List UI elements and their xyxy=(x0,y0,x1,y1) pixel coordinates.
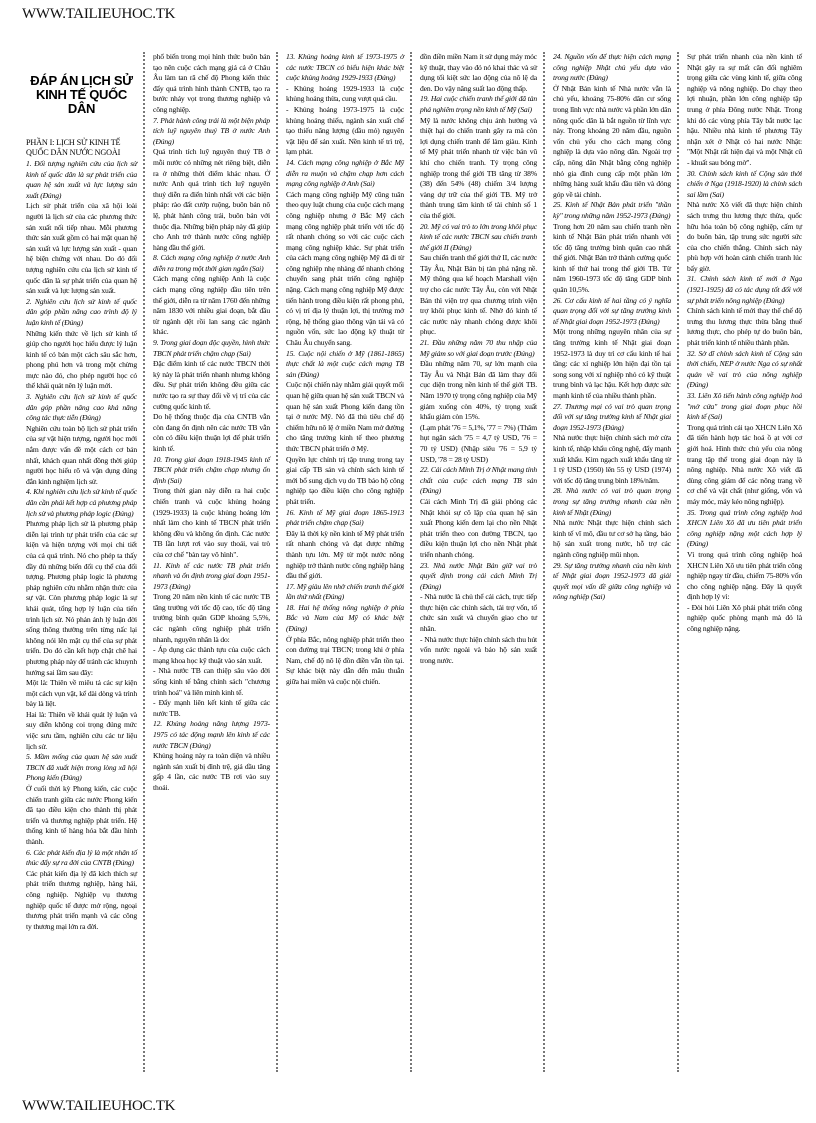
answer-paragraph: Sau chiến tranh thế giới thứ II, các nướ… xyxy=(420,253,537,338)
answer-paragraph: Nghiên cứu toàn bộ lịch sử phát triển củ… xyxy=(26,424,137,488)
question-heading: 32. Sở dĩ chính sách kinh tế Cộng sản th… xyxy=(687,349,802,391)
answer-paragraph: Ở Nhật Bản kinh tế Nhà nước vẫn là chủ y… xyxy=(553,84,671,201)
document-title: ĐÁP ÁN LỊCH SỬ KINH TẾ QUỐC DÂN xyxy=(26,74,137,116)
question-heading: 33. Liên Xô tiến hành công nghiệp hoá "m… xyxy=(687,391,802,423)
answer-paragraph: Mỹ là nước không chịu ảnh hưởng và thiệt… xyxy=(420,116,537,222)
answer-paragraph: Ở phía Bắc, nông nghiệp phát triển theo … xyxy=(286,635,404,688)
part-heading: PHẦN I: LỊCH SỬ KINH TẾ QUỐC DÂN NƯỚC NG… xyxy=(26,138,137,158)
question-heading: 11. Kinh tế các nước TB phát triển nhanh… xyxy=(153,561,270,593)
answer-paragraph: Cách mạng công nghiệp Mỹ cũng tuân theo … xyxy=(286,190,404,349)
question-heading: 1. Đối tượng nghiên cứu của lịch sử kinh… xyxy=(26,159,137,201)
answer-paragraph: Khủng hoảng này ra toàn diện và nhiều ng… xyxy=(153,751,270,793)
question-heading: 4. Khi nghiên cứu lịch sử kinh tế quốc d… xyxy=(26,487,137,519)
answer-paragraph: Quá trình tích luỹ nguyên thuỷ TB ở mỗi … xyxy=(153,147,270,253)
answer-paragraph: - Đẩy mạnh liên kết kinh tế giữa các nướ… xyxy=(153,698,270,719)
answer-paragraph: Các phát kiến địa lý đã kích thích sự ph… xyxy=(26,869,137,933)
column-6: Sự phát triển nhanh của nền kinh tế Nhật… xyxy=(677,52,808,1072)
answer-paragraph: Đầu những năm 70, sự lớn mạnh của Tây Âu… xyxy=(420,359,537,423)
column-body: 1. Đối tượng nghiên cứu của lịch sử kinh… xyxy=(26,159,137,932)
answer-paragraph: Nhà nước Nhật thực hiện chính sách kinh … xyxy=(553,518,671,560)
answer-paragraph: Một là: Thiên về miêu tả các sự kiện một… xyxy=(26,678,137,710)
answer-paragraph: - Nhà nước là chủ thể cải cách, trực tiế… xyxy=(420,592,537,634)
question-heading: 17. Mỹ giàu lên nhờ chiến tranh thế giới… xyxy=(286,582,404,603)
question-heading: 15. Cuộc nội chiến ở Mỹ (1861-1865) thực… xyxy=(286,349,404,381)
answer-paragraph: (Lạm phát '76 = 5,1%, '77 = 7%) (Thâm hụ… xyxy=(420,423,537,465)
answer-paragraph: - Áp dụng các thành tựu của cuộc cách mạ… xyxy=(153,645,270,666)
answer-paragraph: - Khủng hoảng 1973-1975 là cuộc khủng ho… xyxy=(286,105,404,158)
answer-paragraph: Trong 20 năm nền kinh tế các nước TB tăn… xyxy=(153,592,270,645)
column-body: đồn điền miền Nam ít sử dụng máy móc kỹ … xyxy=(420,52,537,666)
answer-paragraph: - Nhà nước TB can thiệp sâu vào đời sống… xyxy=(153,666,270,698)
site-header-url: WWW.TAILIEUHOC.TK xyxy=(22,6,175,23)
question-heading: 27. Thương mại có vai trò quan trọng đối… xyxy=(553,402,671,434)
answer-paragraph: Cuộc nội chiến này nhằm giải quyết mối q… xyxy=(286,380,404,454)
answer-paragraph: - Khủng hoảng 1929-1933 là cuộc khủng ho… xyxy=(286,84,404,105)
question-heading: 22. Cải cách Minh Trị ở Nhật mang tính c… xyxy=(420,465,537,497)
question-heading: 13. Khủng hoảng kinh tế 1973-1975 ở các … xyxy=(286,52,404,84)
question-heading: 18. Hai hệ thống nông nghiệp ở phía Bắc … xyxy=(286,603,404,635)
question-heading: 12. Khủng hoảng năng lượng 1973-1975 có … xyxy=(153,719,270,751)
answer-paragraph: đồn điền miền Nam ít sử dụng máy móc kỹ … xyxy=(420,52,537,94)
answer-paragraph: Do hệ thống thuộc địa của CNTB vẫn còn đ… xyxy=(153,412,270,454)
answer-paragraph: Những kiến thức về lịch sử kinh tế giúp … xyxy=(26,329,137,393)
question-heading: 35. Trong quá trình công nghiệp hoá XHCN… xyxy=(687,508,802,550)
question-heading: 9. Trong giai đoạn độc quyền, hình thức … xyxy=(153,338,270,359)
question-heading: 28. Nhà nước có vai trò quan trọng trong… xyxy=(553,486,671,518)
column-5: 24. Nguồn vốn để thực hiện cách mạng côn… xyxy=(543,52,677,1072)
question-heading: 29. Sự tăng trưởng nhanh của nền kinh tế… xyxy=(553,561,671,603)
question-heading: 21. Đầu những năm 70 thu nhập của Mỹ giả… xyxy=(420,338,537,359)
answer-paragraph: Quyền lực chính trị tập trung trong tay … xyxy=(286,455,404,508)
answer-paragraph: Trong thời gian này diễn ra hai cuộc chi… xyxy=(153,486,270,560)
question-heading: 24. Nguồn vốn để thực hiện cách mạng côn… xyxy=(553,52,671,84)
answer-paragraph: Chính sách kinh tế mới thay thế chế độ t… xyxy=(687,306,802,348)
question-heading: 26. Cơ cấu kinh tế hai tầng có ý nghĩa q… xyxy=(553,296,671,328)
site-footer-url: WWW.TAILIEUHOC.TK xyxy=(22,1098,175,1115)
answer-paragraph: Sự phát triển nhanh của nền kinh tế Nhật… xyxy=(687,52,802,169)
answer-paragraph: Trong hơn 20 năm sau chiến tranh nền kin… xyxy=(553,222,671,296)
question-heading: 19. Hai cuộc chiến tranh thế giới đã tàn… xyxy=(420,94,537,115)
question-heading: 20. Mỹ có vai trò to lớn trong khôi phục… xyxy=(420,222,537,254)
column-1: ĐÁP ÁN LỊCH SỬ KINH TẾ QUỐC DÂN PHẦN I: … xyxy=(18,52,143,1072)
answer-paragraph: Đây là thời kỳ nền kinh tế Mỹ phát triển… xyxy=(286,529,404,582)
question-heading: 2. Nghiên cứu lịch sử kinh tế quốc dân g… xyxy=(26,297,137,329)
question-heading: 6. Các phát kiến địa lý là một nhân tố t… xyxy=(26,848,137,869)
column-body: 13. Khủng hoảng kinh tế 1973-1975 ở các … xyxy=(286,52,404,688)
document-columns: ĐÁP ÁN LỊCH SỬ KINH TẾ QUỐC DÂN PHẦN I: … xyxy=(18,52,808,1072)
answer-paragraph: Nhà nước thực hiện chính sách mở cửa kin… xyxy=(553,433,671,486)
question-heading: 3. Nghiên cứu lịch sử kinh tế quốc dân g… xyxy=(26,392,137,424)
column-2: phổ biến trong mọi hình thức buôn bán tạ… xyxy=(143,52,276,1072)
column-3: 13. Khủng hoảng kinh tế 1973-1975 ở các … xyxy=(276,52,410,1072)
answer-paragraph: Nhà nước Xô viết đã thực hiện chính sách… xyxy=(687,200,802,274)
answer-paragraph: phổ biến trong mọi hình thức buôn bán tạ… xyxy=(153,52,270,116)
question-heading: 8. Cách mạng công nghiệp ở nước Anh diễn… xyxy=(153,253,270,274)
question-heading: 16. Kinh tế Mỹ giai đoạn 1865-1913 phát … xyxy=(286,508,404,529)
answer-paragraph: Phương pháp lịch sử là phương pháp diễn … xyxy=(26,519,137,678)
answer-paragraph: - Nhà nước thực hiện chính sách thu hút … xyxy=(420,635,537,667)
column-4: đồn điền miền Nam ít sử dụng máy móc kỹ … xyxy=(410,52,543,1072)
answer-paragraph: Cải cách Minh Trị đã giải phóng các Nhật… xyxy=(420,497,537,561)
column-body: phổ biến trong mọi hình thức buôn bán tạ… xyxy=(153,52,270,794)
question-heading: 30. Chính sách kinh tế Cộng sản thời chi… xyxy=(687,169,802,201)
answer-paragraph: Cách mạng công nghiệp Anh là cuộc cách m… xyxy=(153,274,270,338)
question-heading: 14. Cách mạng công nghiệp ở Bắc Mỹ diễn … xyxy=(286,158,404,190)
question-heading: 10. Trong giai đoạn 1918-1945 kinh tế TB… xyxy=(153,455,270,487)
answer-paragraph: Đặc điểm kinh tế các nước TBCN thời kỳ n… xyxy=(153,359,270,412)
question-heading: 7. Phát hành công trái là một biện pháp … xyxy=(153,116,270,148)
question-heading: 5. Mầm mống của quan hệ sản xuất TBCN đã… xyxy=(26,752,137,784)
question-heading: 25. Kinh tế Nhật Bản phát triển "thần kỳ… xyxy=(553,200,671,221)
answer-paragraph: Lịch sử phát triển của xã hội loài người… xyxy=(26,201,137,296)
answer-paragraph: Hai là: Thiên về khái quát lý luận và su… xyxy=(26,710,137,752)
answer-paragraph: Ở cuối thời kỳ Phong kiến, các cuộc chiế… xyxy=(26,784,137,848)
answer-paragraph: Một trong những nguyên nhân của sự tăng … xyxy=(553,327,671,401)
answer-paragraph: Vì trong quá trình công nghiệp hoá XHCN … xyxy=(687,550,802,603)
question-heading: 31. Chính sách kinh tế mới ở Nga (1921-1… xyxy=(687,274,802,306)
column-body: 24. Nguồn vốn để thực hiện cách mạng côn… xyxy=(553,52,671,603)
answer-paragraph: Trong quá trình cải tạo XHCN Liên Xô đã … xyxy=(687,423,802,508)
question-heading: 23. Nhà nước Nhật Bản giữ vai trò quyết … xyxy=(420,561,537,593)
answer-paragraph: - Đòi hỏi Liên Xô phải phát triển công n… xyxy=(687,603,802,635)
column-body: Sự phát triển nhanh của nền kinh tế Nhật… xyxy=(687,52,802,635)
